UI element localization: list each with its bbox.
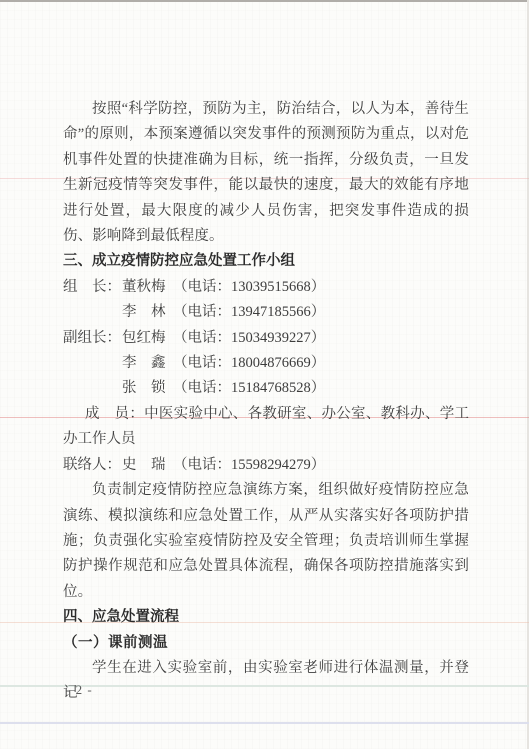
roster-person-name: 李 鑫 — [122, 351, 168, 376]
contact-row: 联络人：史 瑞（电话：15598294279） — [63, 453, 469, 478]
roster-phone: （电话：15034939227） — [173, 330, 325, 346]
section-4-1-heading: （一）课前测温 — [63, 631, 469, 656]
roster-row-leader-2: 李 林（电话：13947185566） — [63, 300, 469, 325]
roster-person-name: 董秋梅 — [122, 275, 168, 300]
roster-person-name: 张 锁 — [122, 376, 168, 401]
section-4-heading: 四、应急处置流程 — [63, 605, 469, 630]
roster-row-deputy: 副组长：包红梅（电话：15034939227） — [63, 326, 469, 351]
scan-edge-top — [0, 0, 529, 2]
roster-role-label: 副组长： — [63, 326, 122, 351]
members-role-label: 成 员： — [85, 406, 144, 422]
roster-row-deputy-3: 张 锁（电话：15184768528） — [63, 376, 469, 401]
roster-person-name: 包红梅 — [122, 326, 168, 351]
page-number: - 2 - — [66, 682, 106, 698]
roster-phone: （电话：18004876669） — [173, 355, 325, 371]
roster-phone: （电话：15184768528） — [173, 380, 325, 396]
roster-role-label: 组 长： — [63, 275, 122, 300]
contact-role-label: 联络人： — [63, 453, 122, 478]
roster-phone: （电话：13039515668） — [173, 279, 325, 295]
document-body: 按照“科学防控，预防为主，防治结合，以人为本，善待生命”的原则，本预案遵循以突发… — [63, 97, 469, 707]
temperature-check-paragraph: 学生在进入实验室前，由实验室老师进行体温测量，并登记 — [63, 656, 469, 707]
contact-person-name: 史 瑞 — [122, 453, 168, 478]
contact-phone: （电话：15598294279） — [173, 457, 325, 473]
members-paragraph: 成 员：中医实验中心、各教研室、办公室、教科办、学工办工作人员 — [63, 402, 469, 453]
roster-phone: （电话：13947185566） — [173, 304, 325, 320]
section-3-heading: 三、成立疫情防控应急处置工作小组 — [63, 249, 469, 274]
scan-artifact-line-5 — [0, 722, 529, 724]
roster-row-leader: 组 长：董秋梅（电话：13039515668） — [63, 275, 469, 300]
duties-paragraph: 负责制定疫情防控应急演练方案，组织做好疫情防控应急演练、模拟演练和应急处置工作，… — [63, 478, 469, 605]
intro-paragraph: 按照“科学防控，预防为主，防治结合，以人为本，善待生命”的原则，本预案遵循以突发… — [63, 97, 469, 249]
scanned-document-page: 按照“科学防控，预防为主，防治结合，以人为本，善待生命”的原则，本预案遵循以突发… — [0, 0, 529, 749]
roster-row-deputy-2: 李 鑫（电话：18004876669） — [63, 351, 469, 376]
leadership-roster: 组 长：董秋梅（电话：13039515668） 李 林（电话：139471855… — [63, 275, 469, 402]
roster-person-name: 李 林 — [122, 300, 168, 325]
